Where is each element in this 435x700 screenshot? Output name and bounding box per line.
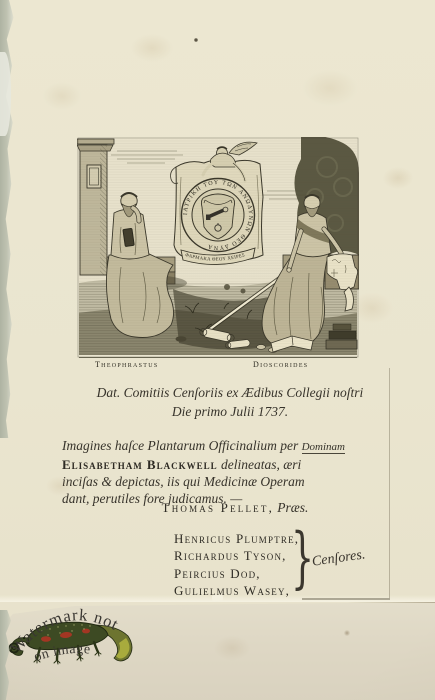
censors-list: Henricus Plumptre, Richardus Tyson, Peir… [174, 530, 299, 600]
president-title: Præs. [277, 500, 308, 515]
president-name: Thomas Pellet, [162, 500, 274, 515]
engraving-texture [79, 139, 357, 355]
watermark: Watermark not on image [2, 594, 162, 690]
censor-name-3: Peircius Dod, [174, 565, 299, 582]
declaration-block: Imagines haſce Plantarum Officinalium pe… [62, 437, 378, 507]
declaration-line-3: inciſas & depictas, iis qui Medicinæ Ope… [62, 473, 378, 490]
president-line: Thomas Pellet, Præs. [60, 500, 410, 516]
scanned-page-photo: ΙΑΤΡΙΚΗ ΤΟΥ ΤΩΝ ΑΝΩΔΥΝΩΝ ΘΕΟ ΔΥΝΑ ΦΑΡΜΑΚ… [0, 0, 435, 700]
censors-label: Cenſores. [311, 547, 366, 570]
plate-mark-horizontal [302, 598, 390, 600]
blackwell-name: Elisabetham Blackwell [62, 457, 218, 472]
title-page-engraving: ΙΑΤΡΙΚΗ ΤΟΥ ΤΩΝ ΑΝΩΔΥΝΩΝ ΘΕΟ ΔΥΝΑ ΦΑΡΜΑΚ… [77, 137, 359, 373]
caption-dioscorides: Dioscorides [253, 360, 308, 369]
dedication-line-1: Dat. Comitiis Cenſoriis ex Ædibus Colleg… [62, 383, 398, 402]
dedication-line-2: Die primo Julii 1737. [62, 402, 398, 421]
declaration-line-2: Elisabetham Blackwell delineatas, æri [62, 456, 378, 473]
censor-name-4: Gulielmus Wasey, [174, 582, 299, 599]
censor-name-1: Henricus Plumptre, [174, 530, 299, 547]
dominam-emphasis: Dominam [302, 441, 345, 454]
declaration-line-1: Imagines haſce Plantarum Officinalium pe… [62, 437, 378, 456]
dedication-block: Dat. Comitiis Cenſoriis ex Ædibus Colleg… [62, 383, 398, 421]
caption-theophrastus: Theophrastus [95, 360, 159, 369]
censor-name-2: Richardus Tyson, [174, 547, 299, 564]
